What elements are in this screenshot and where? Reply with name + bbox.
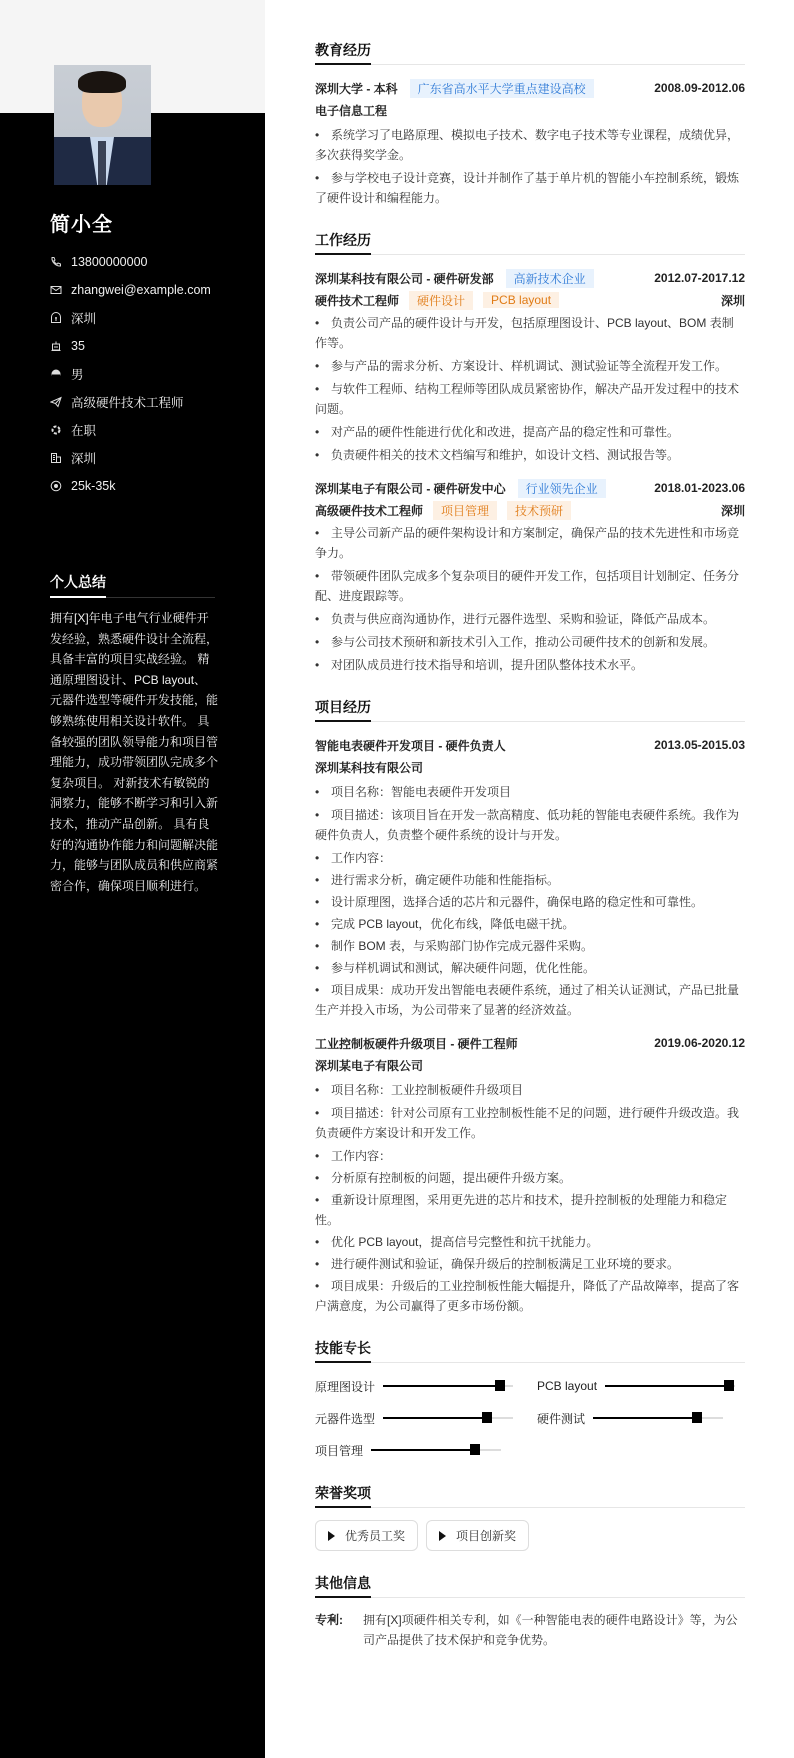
skill-label: 元器件选型 xyxy=(315,1410,375,1427)
list-item: 项目成果：成功开发出智能电表硬件系统，通过了相关认证测试，产品已批量生产并投入市… xyxy=(315,980,745,1020)
phone-icon xyxy=(50,256,62,268)
project-work-bullets: 工作内容： 进行需求分析，确定硬件功能和性能指标。 设计原理图，选择合适的芯片和… xyxy=(315,848,745,978)
project-header-row: 智能电表硬件开发项目 - 硬件负责人 2013.05-2015.03 xyxy=(315,734,745,756)
awards-section: 荣誉奖项 优秀员工奖 项目创新奖 xyxy=(315,1483,745,1551)
school-badge: 广东省高水平大学重点建设高校 xyxy=(410,79,594,98)
other-section: 其他信息 专利: 拥有[X]项硬件相关专利，如《一种智能电表的硬件电路设计》等，… xyxy=(315,1573,745,1650)
status-icon xyxy=(50,424,62,436)
list-item: 与软件工程师、结构工程师等团队成员紧密协作，解决产品开发过程中的技术问题。 xyxy=(315,379,745,419)
major: 电子信息工程 xyxy=(315,99,745,123)
list-item: 项目名称：智能电表硬件开发项目 xyxy=(315,782,745,802)
gender-icon xyxy=(50,368,62,380)
list-item: 进行硬件测试和验证，确保升级后的控制板满足工业环境的要求。 xyxy=(315,1254,745,1274)
project-company: 深圳某科技有限公司 xyxy=(315,756,745,780)
award-item: 优秀员工奖 xyxy=(315,1520,418,1551)
job-role-row: 硬件技术工程师 硬件设计 PCB layout 深圳 xyxy=(315,289,745,311)
play-triangle-icon xyxy=(439,1531,446,1541)
skill-label: PCB layout xyxy=(537,1379,597,1393)
list-item: 项目描述：针对公司原有工业控制板性能不足的问题，进行硬件升级改造。我负责硬件方案… xyxy=(315,1103,745,1143)
project-result: 项目成果：升级后的工业控制板性能大幅提升，降低了产品故障率，提高了客户满意度，为… xyxy=(315,1276,745,1316)
skill-bar xyxy=(371,1449,501,1451)
list-item: 系统学习了电路原理、模拟电子技术、数字电子技术等专业课程，成绩优异，多次获得奖学… xyxy=(315,125,745,165)
job-tag: 项目管理 xyxy=(433,501,497,520)
info-city: 深圳 xyxy=(50,444,211,472)
home-icon xyxy=(50,312,62,324)
gender-text: 男 xyxy=(71,365,84,383)
avatar xyxy=(54,65,151,185)
list-item: 对团队成员进行技术指导和培训，提升团队整体技术水平。 xyxy=(315,655,745,675)
list-item: 负责与供应商沟通协作，进行元器件选型、采购和验证，降低产品成本。 xyxy=(315,609,745,629)
age-text: 35 xyxy=(71,339,85,353)
position-text: 高级硬件技术工程师 xyxy=(71,393,184,411)
info-gender: 男 xyxy=(50,360,211,388)
contact-info-list: 13800000000 zhangwei@example.com 深圳 35 男… xyxy=(50,248,211,500)
list-item: 带领硬件团队完成多个复杂项目的硬件开发工作，包括项目计划制定、任务分配、进度跟踪… xyxy=(315,566,745,606)
project-company: 深圳某电子有限公司 xyxy=(315,1054,745,1078)
list-item: 制作 BOM 表，与采购部门协作完成元器件采购。 xyxy=(315,936,745,956)
job-role-row: 高级硬件技术工程师 项目管理 技术预研 深圳 xyxy=(315,499,745,521)
awards-heading: 荣誉奖项 xyxy=(315,1483,745,1508)
skills-grid: 原理图设计 PCB layout 元器件选型 硬件测试 项目管理 xyxy=(315,1375,745,1461)
list-item: 对产品的硬件性能进行优化和改进，提高产品的稳定性和可靠性。 xyxy=(315,422,745,442)
list-item: 项目描述：该项目旨在开发一款高精度、低功耗的智能电表硬件系统。我作为硬件负责人，… xyxy=(315,805,745,845)
skill-item: 元器件选型 xyxy=(315,1407,537,1429)
education-bullets: 系统学习了电路原理、模拟电子技术、数字电子技术等专业课程，成绩优异，多次获得奖学… xyxy=(315,125,745,208)
list-item: 参与公司技术预研和新技术引入工作，推动公司硬件技术的创新和发展。 xyxy=(315,632,745,652)
salary-icon xyxy=(50,480,62,492)
sidebar: 简小全 13800000000 zhangwei@example.com 深圳 … xyxy=(0,0,265,1758)
mail-icon xyxy=(50,284,62,296)
skill-bar xyxy=(383,1385,513,1387)
list-item: 项目成果：升级后的工业控制板性能大幅提升，降低了产品故障率，提高了客户满意度，为… xyxy=(315,1276,745,1316)
skill-level-marker xyxy=(724,1380,734,1391)
other-heading: 其他信息 xyxy=(315,1573,745,1598)
info-hometown: 深圳 xyxy=(50,304,211,332)
school-name: 深圳大学 - 本科 xyxy=(315,80,398,97)
skills-section: 技能专长 原理图设计 PCB layout 元器件选型 硬件测试 项目管理 xyxy=(315,1338,745,1461)
education-header-row: 深圳大学 - 本科 广东省高水平大学重点建设高校 2008.09-2012.06 xyxy=(315,77,745,99)
projects-heading: 项目经历 xyxy=(315,697,745,722)
list-item: 完成 PCB layout，优化布线，降低电磁干扰。 xyxy=(315,914,745,934)
info-age: 35 xyxy=(50,332,211,360)
list-item: 负责公司产品的硬件设计与开发，包括原理图设计、PCB layout、BOM 表制… xyxy=(315,313,745,353)
patent-text: 拥有[X]项硬件相关专利，如《一种智能电表的硬件电路设计》等，为公司产品提供了技… xyxy=(347,1610,745,1650)
job-tag: 技术预研 xyxy=(507,501,571,520)
education-heading: 教育经历 xyxy=(315,40,745,65)
skill-item: PCB layout xyxy=(537,1375,745,1397)
project-name: 工业控制板硬件升级项目 - 硬件工程师 xyxy=(315,1035,518,1052)
summary-heading: 个人总结 xyxy=(50,572,215,598)
patent-row: 专利: 拥有[X]项硬件相关专利，如《一种智能电表的硬件电路设计》等，为公司产品… xyxy=(315,1610,745,1650)
project-name: 智能电表硬件开发项目 - 硬件负责人 xyxy=(315,737,506,754)
play-triangle-icon xyxy=(328,1531,335,1541)
info-position: 高级硬件技术工程师 xyxy=(50,388,211,416)
job-bullets: 负责公司产品的硬件设计与开发，包括原理图设计、PCB layout、BOM 表制… xyxy=(315,313,745,465)
skills-heading: 技能专长 xyxy=(315,1338,745,1363)
summary-text: 拥有[X]年电子电气行业硬件开发经验，熟悉硬件设计全流程，具备丰富的项目实战经验… xyxy=(50,608,218,896)
job-header-row: 深圳某科技有限公司 - 硬件研发部 高新技术企业 2012.07-2017.12 xyxy=(315,267,745,289)
skill-item: 硬件测试 xyxy=(537,1407,745,1429)
project-period: 2019.06-2020.12 xyxy=(654,1036,745,1050)
job-header-row: 深圳某电子有限公司 - 硬件研发中心 行业领先企业 2018.01-2023.0… xyxy=(315,477,745,499)
work-section: 工作经历 深圳某科技有限公司 - 硬件研发部 高新技术企业 2012.07-20… xyxy=(315,230,745,675)
age-icon xyxy=(50,340,62,352)
list-item: 主导公司新产品的硬件架构设计和方案制定，确保产品的技术先进性和市场竞争力。 xyxy=(315,523,745,563)
status-text: 在职 xyxy=(71,421,96,439)
list-item: 参与产品的需求分析、方案设计、样机调试、测试验证等全流程开发工作。 xyxy=(315,356,745,376)
list-item: 重新设计原理图，采用更先进的芯片和技术，提升控制板的处理能力和稳定性。 xyxy=(315,1190,745,1230)
project-entry: 智能电表硬件开发项目 - 硬件负责人 2013.05-2015.03 深圳某科技… xyxy=(315,734,745,1020)
list-item: 参与学校电子设计竞赛，设计并制作了基于单片机的智能小车控制系统，锻炼了硬件设计和… xyxy=(315,168,745,208)
education-section: 教育经历 深圳大学 - 本科 广东省高水平大学重点建设高校 2008.09-20… xyxy=(315,40,745,208)
list-item: 参与样机调试和测试，解决硬件问题，优化性能。 xyxy=(315,958,745,978)
list-item: 项目名称：工业控制板硬件升级项目 xyxy=(315,1080,745,1100)
work-heading: 工作经历 xyxy=(315,230,745,255)
award-label: 优秀员工奖 xyxy=(345,1527,405,1544)
position-icon xyxy=(50,396,62,408)
list-item: 工作内容： xyxy=(315,1146,745,1166)
project-result: 项目成果：成功开发出智能电表硬件系统，通过了相关认证测试，产品已批量生产并投入市… xyxy=(315,980,745,1020)
project-bullets: 项目名称：工业控制板硬件升级项目 项目描述：针对公司原有工业控制板性能不足的问题… xyxy=(315,1080,745,1143)
skill-level-marker xyxy=(470,1444,480,1455)
education-period: 2008.09-2012.06 xyxy=(654,81,745,95)
job-entry: 深圳某电子有限公司 - 硬件研发中心 行业领先企业 2018.01-2023.0… xyxy=(315,477,745,675)
info-phone: 13800000000 xyxy=(50,248,211,276)
phone-text: 13800000000 xyxy=(71,255,147,269)
skill-level-marker xyxy=(692,1412,702,1423)
skill-label: 硬件测试 xyxy=(537,1410,585,1427)
info-salary: 25k-35k xyxy=(50,472,211,500)
list-item: 设计原理图，选择合适的芯片和元器件，确保电路的稳定性和可靠性。 xyxy=(315,892,745,912)
project-entry: 工业控制板硬件升级项目 - 硬件工程师 2019.06-2020.12 深圳某电… xyxy=(315,1032,745,1316)
list-item: 工作内容： xyxy=(315,848,745,868)
job-city: 深圳 xyxy=(721,292,745,309)
list-item: 优化 PCB layout，提高信号完整性和抗干扰能力。 xyxy=(315,1232,745,1252)
city-text: 深圳 xyxy=(71,449,96,467)
skill-item: 原理图设计 xyxy=(315,1375,537,1397)
job-entry: 深圳某科技有限公司 - 硬件研发部 高新技术企业 2012.07-2017.12… xyxy=(315,267,745,465)
patent-label: 专利: xyxy=(315,1610,343,1650)
company-badge: 行业领先企业 xyxy=(518,479,606,498)
company-badge: 高新技术企业 xyxy=(506,269,594,288)
resume-main: 教育经历 深圳大学 - 本科 广东省高水平大学重点建设高校 2008.09-20… xyxy=(315,40,745,1672)
skill-bar xyxy=(383,1417,513,1419)
candidate-name: 简小全 xyxy=(50,208,113,237)
salary-text: 25k-35k xyxy=(71,479,115,493)
job-role: 硬件技术工程师 xyxy=(315,292,399,309)
award-label: 项目创新奖 xyxy=(456,1527,516,1544)
city-icon xyxy=(50,452,62,464)
job-period: 2018.01-2023.06 xyxy=(654,481,745,495)
job-period: 2012.07-2017.12 xyxy=(654,271,745,285)
project-bullets: 项目名称：智能电表硬件开发项目 项目描述：该项目旨在开发一款高精度、低功耗的智能… xyxy=(315,782,745,845)
skill-bar xyxy=(593,1417,723,1419)
info-email: zhangwei@example.com xyxy=(50,276,211,304)
award-item: 项目创新奖 xyxy=(426,1520,529,1551)
list-item: 分析原有控制板的问题，提出硬件升级方案。 xyxy=(315,1168,745,1188)
info-status: 在职 xyxy=(50,416,211,444)
company-name: 深圳某科技有限公司 - 硬件研发部 xyxy=(315,270,494,287)
job-tag: PCB layout xyxy=(483,292,559,308)
job-bullets: 主导公司新产品的硬件架构设计和方案制定，确保产品的技术先进性和市场竞争力。 带领… xyxy=(315,523,745,675)
projects-section: 项目经历 智能电表硬件开发项目 - 硬件负责人 2013.05-2015.03 … xyxy=(315,697,745,1316)
email-text: zhangwei@example.com xyxy=(71,283,211,297)
awards-list: 优秀员工奖 项目创新奖 xyxy=(315,1520,745,1551)
job-role: 高级硬件技术工程师 xyxy=(315,502,423,519)
skill-bar xyxy=(605,1385,735,1387)
skill-label: 原理图设计 xyxy=(315,1378,375,1395)
project-work-bullets: 工作内容： 分析原有控制板的问题，提出硬件升级方案。 重新设计原理图，采用更先进… xyxy=(315,1146,745,1274)
list-item: 负责硬件相关的技术文档编写和维护，如设计文档、测试报告等。 xyxy=(315,445,745,465)
skill-item: 项目管理 xyxy=(315,1439,537,1461)
hometown-text: 深圳 xyxy=(71,309,96,327)
project-header-row: 工业控制板硬件升级项目 - 硬件工程师 2019.06-2020.12 xyxy=(315,1032,745,1054)
project-period: 2013.05-2015.03 xyxy=(654,738,745,752)
skill-level-marker xyxy=(482,1412,492,1423)
list-item: 进行需求分析，确定硬件功能和性能指标。 xyxy=(315,870,745,890)
company-name: 深圳某电子有限公司 - 硬件研发中心 xyxy=(315,480,506,497)
skill-label: 项目管理 xyxy=(315,1442,363,1459)
job-city: 深圳 xyxy=(721,502,745,519)
skill-level-marker xyxy=(495,1380,505,1391)
job-tag: 硬件设计 xyxy=(409,291,473,310)
